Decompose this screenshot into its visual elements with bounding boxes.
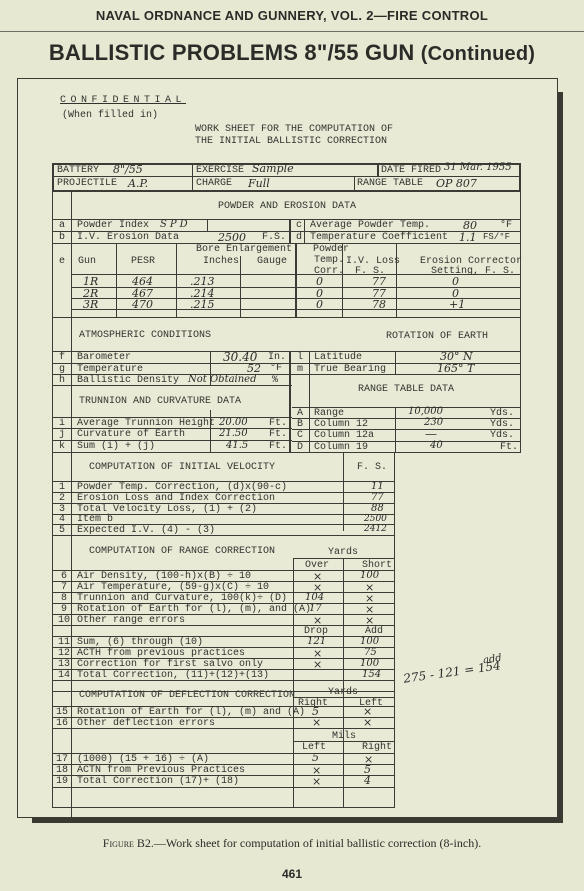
frame-shadow — [558, 92, 563, 822]
powder-temp-cell[interactable]: 0 — [316, 298, 323, 311]
row-key-e: e — [59, 256, 65, 267]
range-label: Range — [314, 408, 344, 419]
row-label: Total Correction (17)+ (18) — [77, 776, 239, 787]
avg-powder-temp-unit: °F — [500, 220, 512, 231]
row-key-g: g — [59, 364, 65, 375]
projectile-label: PROJECTILE — [57, 178, 117, 189]
yards-header: Yards — [328, 547, 358, 558]
row-key-C: C — [297, 430, 303, 441]
sum-unit: Ft. — [269, 441, 287, 452]
over-cell[interactable]: 104 — [305, 592, 324, 603]
row-key-A: A — [297, 408, 303, 419]
column-19-label: Column 19 — [314, 442, 368, 453]
row-number: 15 — [56, 707, 68, 718]
row-number: 9 — [61, 604, 67, 615]
drop-cell[interactable]: × — [313, 658, 322, 671]
frame-shadow — [32, 818, 563, 823]
row-number: 19 — [56, 776, 68, 787]
add-cell[interactable]: 100 — [360, 636, 379, 647]
row-key-k: k — [59, 441, 65, 452]
trunnion-height-value[interactable]: 20.00 — [219, 417, 248, 428]
avg-powder-temp-label: Average Powder Temp. — [310, 220, 430, 231]
row-number: 17 — [56, 754, 68, 765]
row-value[interactable]: 88 — [371, 503, 384, 514]
iv-erosion-label: I.V. Erosion Data — [77, 232, 179, 243]
row-label: Air Density, (100-h)x(B) ÷ 10 — [77, 571, 251, 582]
powder-index-value[interactable]: SPD — [160, 219, 191, 230]
classification-label: CONFIDENTIAL — [60, 95, 186, 106]
row-number: 8 — [61, 593, 67, 604]
iv-loss-cell[interactable]: 78 — [372, 298, 386, 311]
col-gauge: Gauge — [257, 256, 287, 267]
exercise-label: EXERCISE — [196, 165, 244, 176]
temp-coefficient-unit: FS/°F — [483, 232, 510, 242]
pesr-cell[interactable]: 470 — [132, 298, 153, 311]
row-label: ACTN from Previous Practices — [77, 765, 245, 776]
exercise-value[interactable]: Sample — [252, 162, 294, 175]
row-number: 7 — [61, 582, 67, 593]
row-number: 18 — [56, 765, 68, 776]
charge-value[interactable]: Full — [248, 177, 270, 190]
col-gun: Gun — [78, 256, 96, 267]
section-title: COMPUTATION OF DEFLECTION CORRECTION — [79, 690, 295, 701]
section-title: TRUNNION AND CURVATURE DATA — [79, 396, 241, 407]
temp-coefficient-label: Temperature Coefficient — [310, 232, 448, 243]
iv-erosion-unit: F.S. — [262, 232, 286, 243]
row-label: Other deflection errors — [77, 718, 215, 729]
caption-text: —Work sheet for computation of initial b… — [154, 836, 481, 850]
projectile-value[interactable]: A.P. — [128, 177, 148, 190]
row-key-B: B — [297, 419, 303, 430]
row-number: 16 — [56, 718, 68, 729]
form-heading-line1: WORK SHEET FOR THE COMPUTATION OF — [195, 124, 393, 135]
col-pesr: PESR — [131, 256, 155, 267]
curvature-value[interactable]: 21.50 — [219, 428, 248, 439]
ballistic-density-label: Ballistic Density — [77, 375, 179, 386]
curvature-label: Curvature of Earth — [77, 429, 185, 440]
col-bore-enlargement: Bore Enlargement — [196, 244, 292, 255]
short-cell[interactable]: 100 — [360, 570, 379, 581]
section-title: ROTATION OF EARTH — [386, 331, 488, 342]
row-number: 11 — [58, 637, 70, 648]
col-inches: Inches — [203, 256, 239, 267]
add-cell[interactable]: 154 — [362, 669, 381, 680]
barometer-unit: In. — [268, 352, 286, 363]
page-title: BALLISTIC PROBLEMS 8"/55 GUN (Continued) — [0, 40, 584, 66]
ballistic-density-unit: % — [272, 375, 278, 386]
row-label: Expected I.V. (4) - (3) — [77, 525, 215, 536]
row-number: 4 — [59, 514, 65, 525]
trunnion-height-label: Average Trunnion Height — [77, 418, 215, 429]
section-title: ATMOSPHERIC CONDITIONS — [79, 330, 211, 341]
iv-erosion-value[interactable]: 2500 — [218, 231, 246, 244]
right-cell[interactable]: 4 — [364, 774, 371, 787]
charge-label: CHARGE — [196, 178, 232, 189]
row-value[interactable]: 2500 — [364, 514, 387, 524]
range-unit: Yds. — [490, 408, 514, 419]
over-cell[interactable]: 17 — [309, 603, 322, 614]
battery-label: BATTERY — [57, 165, 99, 176]
date-fired-label: DATE FIRED — [381, 165, 441, 176]
section-title: RANGE TABLE DATA — [358, 384, 454, 395]
caption-prefix: Figure B2. — [103, 836, 154, 850]
row-label: ACTH from previous practices — [77, 648, 245, 659]
column-12-label: Column 12 — [314, 419, 368, 430]
column-12-unit: Yds. — [490, 419, 514, 430]
col-powder-temp-2: Temp. — [314, 255, 344, 266]
column-19-unit: Ft. — [500, 442, 518, 453]
row-label: Correction for first salvo only — [77, 659, 263, 670]
row-label: Air Temperature, (59-g)x(C) ÷ 10 — [77, 582, 269, 593]
row-value[interactable]: 11 — [371, 481, 384, 492]
curvature-unit: Ft. — [269, 429, 287, 440]
fs-header: F. S. — [357, 462, 387, 473]
column-12a-unit: Yds. — [490, 430, 514, 441]
powder-index-label: Powder Index — [77, 220, 149, 231]
latitude-label: Latitude — [314, 352, 362, 363]
row-number: 2 — [59, 493, 65, 504]
row-label: Item b — [77, 514, 113, 525]
row-key-d: d — [296, 232, 302, 243]
erosion-corrector-cell[interactable]: +1 — [449, 298, 465, 311]
left-cell[interactable]: 5 — [312, 751, 319, 764]
temperature-unit: °F — [270, 363, 282, 374]
gun-cell[interactable]: 3R — [83, 298, 98, 311]
row-label: Rotation of Earth for (l), (m), and (A) — [77, 604, 311, 615]
col-right-mils: Right — [362, 742, 392, 753]
temp-coefficient-value[interactable]: 1.1 — [459, 231, 477, 244]
form-heading-line2: THE INITIAL BALLISTIC CORRECTION — [195, 136, 387, 147]
battery-value[interactable]: 8"/55 — [113, 163, 143, 176]
true-bearing-label: True Bearing — [314, 364, 386, 375]
row-label: Rotation of Earth for (l), (m) and (A) — [77, 707, 305, 718]
row-label: Trunnion and Curvature, 100(k)÷ (D) — [77, 593, 287, 604]
trunnion-height-unit: Ft. — [269, 418, 287, 429]
row-key-h: h — [59, 375, 65, 386]
row-value[interactable]: 2412 — [364, 524, 387, 534]
range-value[interactable]: 10,000 — [408, 406, 443, 417]
date-fired-value[interactable]: 31 Mar. 1955 — [444, 162, 512, 173]
figure-caption: Figure B2.—Work sheet for computation of… — [0, 836, 584, 851]
row-number: 10 — [58, 615, 70, 626]
page-number: 461 — [0, 867, 584, 881]
row-label: (1000) (15 + 16) ÷ (A) — [77, 754, 209, 765]
row-number: 1 — [59, 482, 65, 493]
column-12a-label: Column 12a — [314, 430, 374, 441]
row-label: Powder Temp. Correction, (d)x(90-c) — [77, 482, 287, 493]
left-cell[interactable]: × — [363, 716, 372, 729]
row-key-i: i — [59, 418, 65, 429]
row-key-l: l — [297, 352, 303, 363]
section-title: COMPUTATION OF INITIAL VELOCITY — [89, 462, 275, 473]
row-key-D: D — [297, 442, 303, 453]
barometer-label: Barometer — [77, 352, 131, 363]
add-cell[interactable]: 75 — [364, 647, 377, 658]
classification-note: (When filled in) — [62, 110, 158, 121]
row-key-j: j — [59, 429, 65, 440]
row-key-a: a — [59, 220, 65, 231]
page-title-suffix: (Continued) — [421, 43, 535, 65]
row-number: 5 — [59, 525, 65, 536]
row-key-b: b — [59, 232, 65, 243]
row-number: 13 — [58, 659, 70, 670]
true-bearing-value[interactable]: 165° T — [437, 362, 474, 375]
page-title-main: BALLISTIC PROBLEMS 8"/55 GUN — [49, 40, 415, 65]
add-cell[interactable]: 100 — [360, 658, 379, 669]
row-label: Other range errors — [77, 615, 185, 626]
column-19-value[interactable]: 40 — [430, 440, 443, 451]
inches-cell[interactable]: .215 — [190, 298, 215, 311]
row-key-c: c — [296, 220, 302, 231]
row-label: Total Correction, (11)+(12)+(13) — [77, 670, 269, 681]
sum-label: Sum (i) + (j) — [77, 441, 155, 452]
running-head: NAVAL ORDNANCE AND GUNNERY, VOL. 2—FIRE … — [0, 8, 584, 23]
row-number: 6 — [61, 571, 67, 582]
col-erosion-corrector-2: Setting, F. S. — [431, 266, 515, 277]
column-12a-value[interactable]: — — [425, 427, 437, 441]
row-label: Sum, (6) through (10) — [77, 637, 203, 648]
right-cell[interactable]: × — [312, 716, 321, 729]
mils-header: Mils — [332, 731, 356, 742]
range-table-label: RANGE TABLE — [357, 178, 423, 189]
row-value[interactable]: 77 — [371, 492, 384, 503]
row-key-f: f — [59, 352, 65, 363]
row-label: Erosion Loss and Index Correction — [77, 493, 275, 504]
section-title: COMPUTATION OF RANGE CORRECTION — [89, 546, 275, 557]
col-powder-temp-1: Powder — [313, 244, 349, 255]
sum-value[interactable]: 41.5 — [226, 440, 248, 451]
temperature-label: Temperature — [77, 364, 143, 375]
header-rule — [0, 31, 584, 32]
drop-cell[interactable]: 121 — [307, 636, 326, 647]
ballistic-density-value[interactable]: Not Obtained — [188, 374, 257, 385]
row-number: 14 — [58, 670, 70, 681]
range-table-value[interactable]: OP 807 — [436, 177, 477, 190]
row-number: 12 — [58, 648, 70, 659]
section-title: POWDER AND EROSION DATA — [218, 201, 356, 212]
row-key-m: m — [297, 364, 303, 375]
